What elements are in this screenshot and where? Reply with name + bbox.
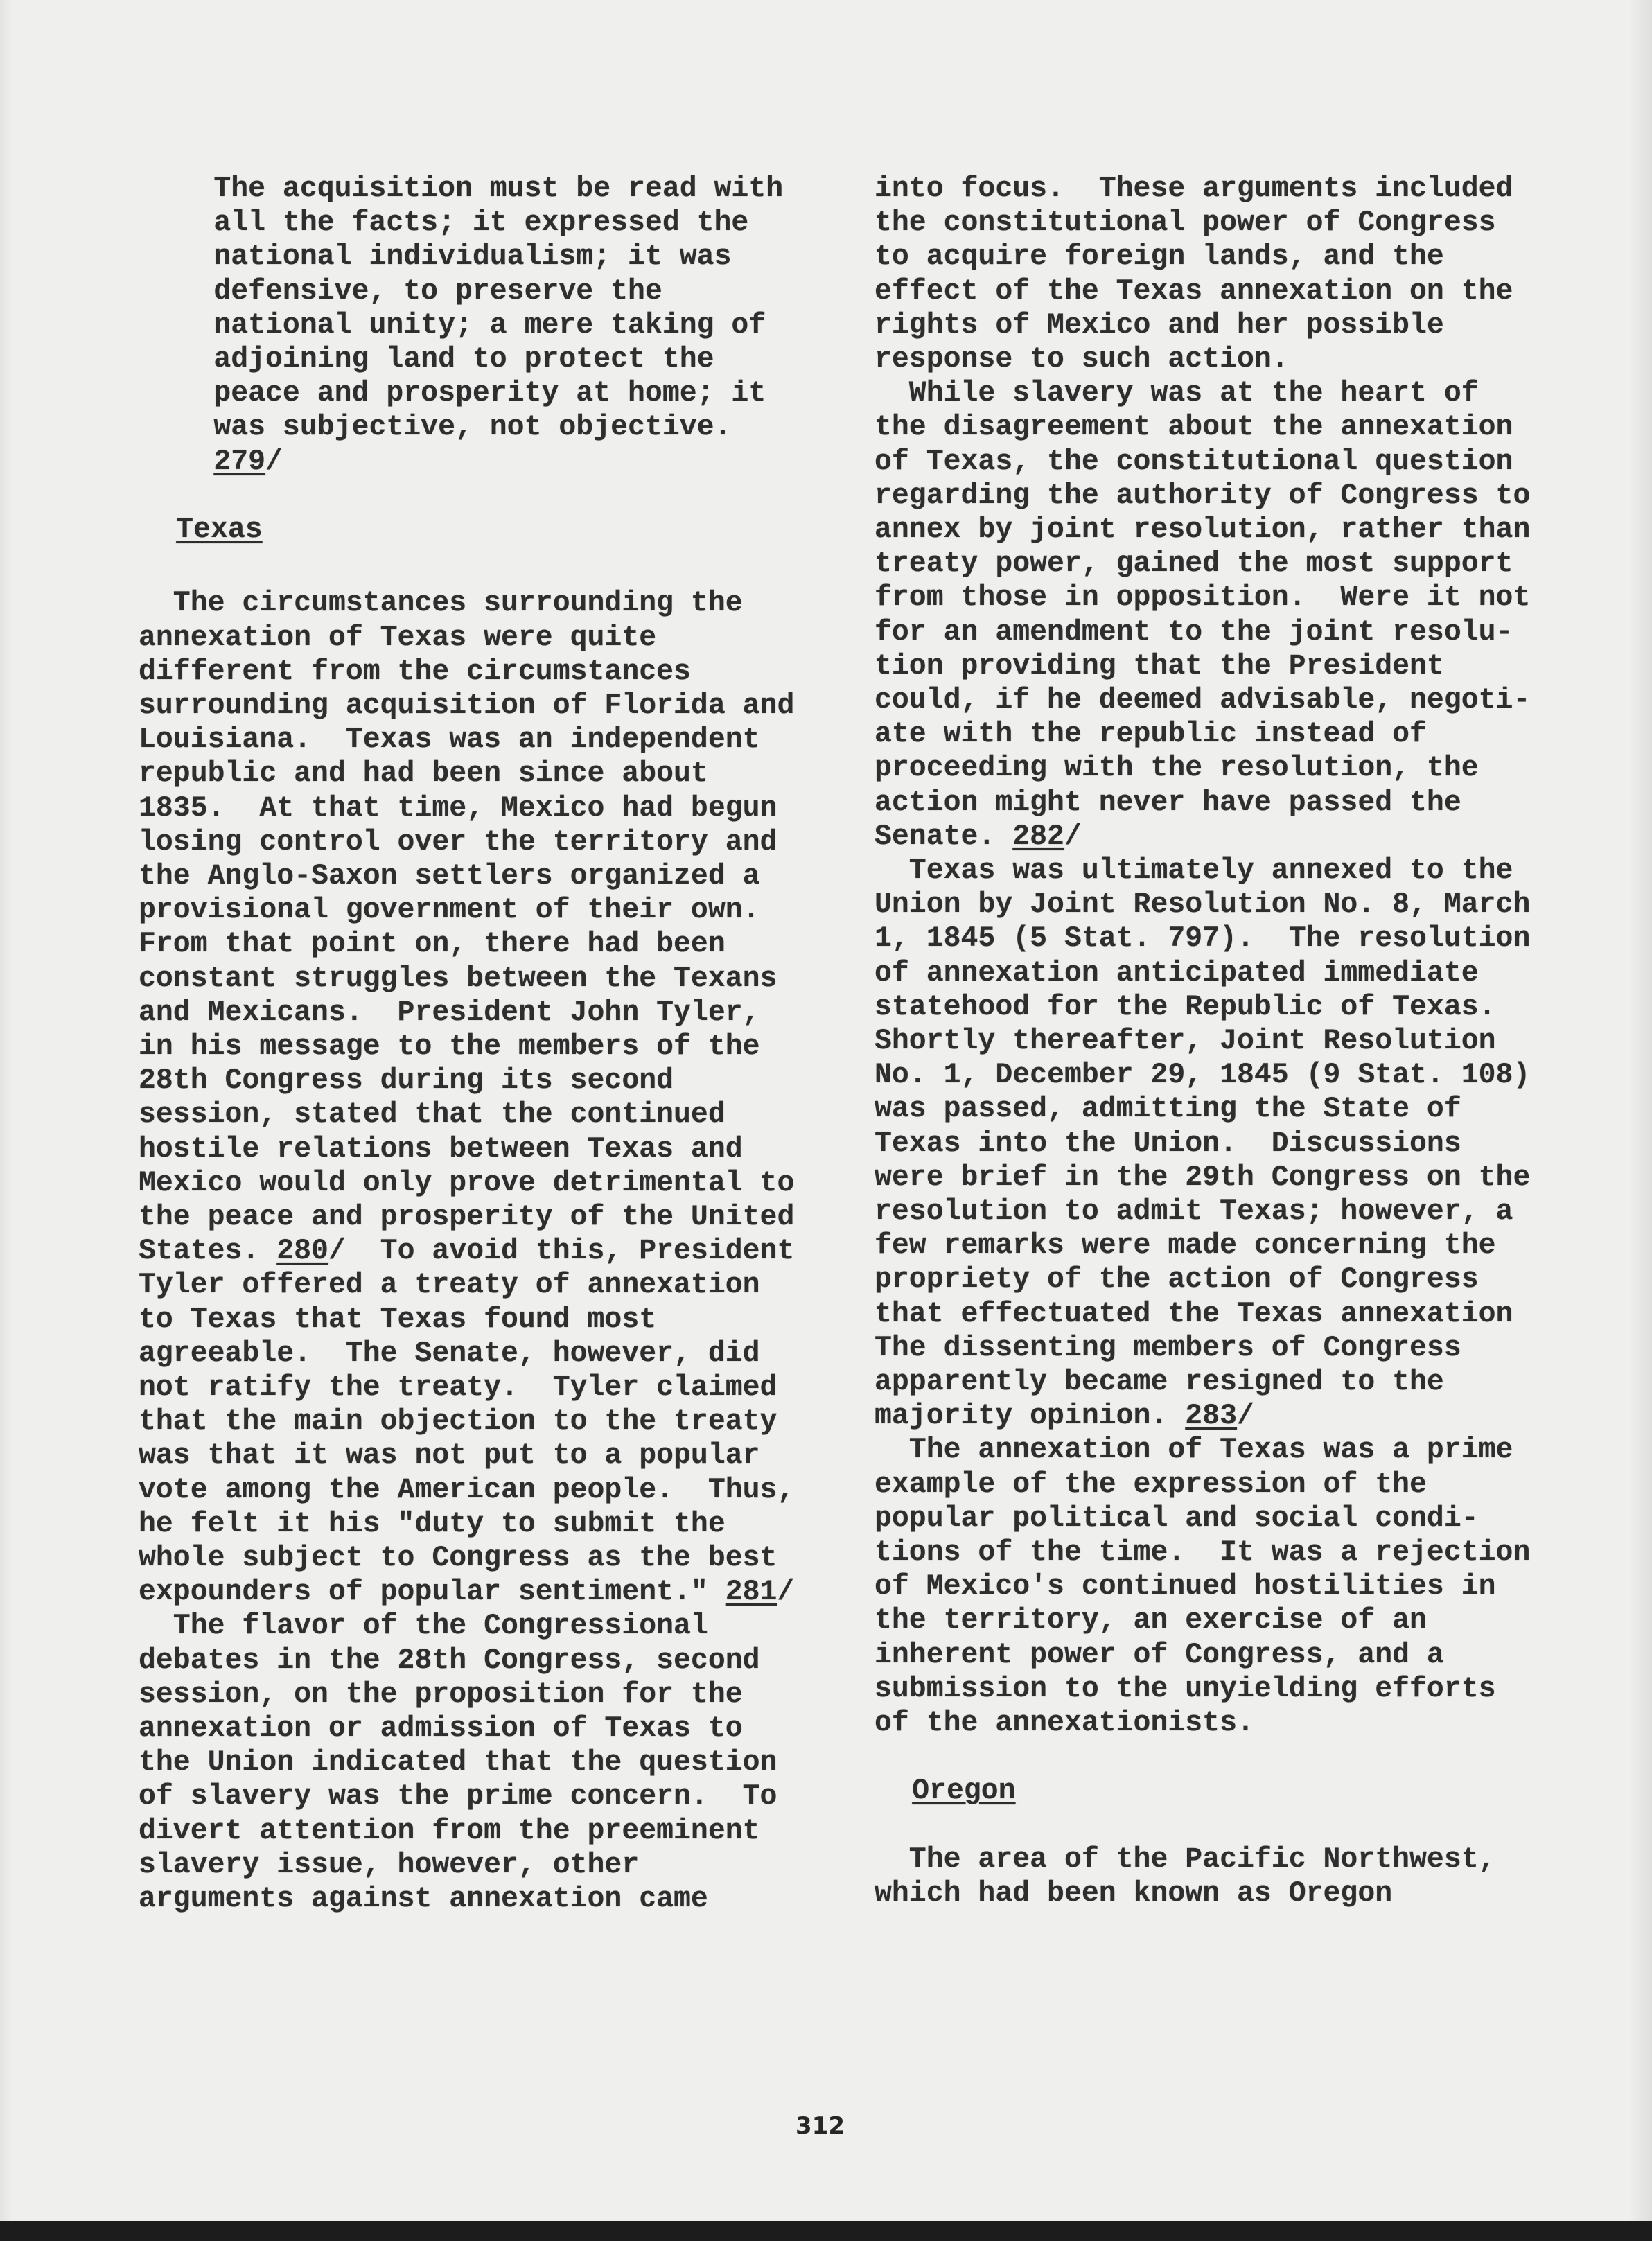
text-line: rights of Mexico and her possible bbox=[875, 308, 1444, 343]
text-line: session, on the proposition for the bbox=[139, 1678, 743, 1712]
line-text: Mexico would only prove detrimental to bbox=[139, 1167, 794, 1199]
line-text: losing control over the territory and bbox=[139, 826, 777, 859]
line-text-continued: To avoid this, President bbox=[346, 1235, 795, 1267]
footnote-reference[interactable]: 283/ bbox=[1185, 1400, 1254, 1432]
text-line: 279/ bbox=[213, 445, 283, 480]
line-text: action might never have passed the bbox=[875, 786, 1461, 819]
line-text: rights of Mexico and her possible bbox=[875, 309, 1444, 342]
line-text: proceeding with the resolution, the bbox=[875, 752, 1479, 784]
line-text: Tyler offered a treaty of annexation bbox=[139, 1269, 760, 1301]
line-text: apparently became resigned to the bbox=[875, 1366, 1444, 1398]
text-line: surrounding acquisition of Florida and bbox=[139, 689, 794, 723]
text-line: regarding the authority of Congress to bbox=[875, 479, 1530, 513]
text-line: for an amendment to the joint resolu- bbox=[875, 615, 1513, 650]
page-number: 312 bbox=[796, 2112, 845, 2140]
text-line: hostile relations between Texas and bbox=[139, 1132, 743, 1167]
line-text: the peace and prosperity of the United bbox=[139, 1201, 794, 1233]
text-line: response to such action. bbox=[875, 342, 1289, 377]
line-text: expounders of popular sentiment." bbox=[139, 1576, 726, 1608]
line-text: popular political and social condi- bbox=[875, 1502, 1479, 1535]
line-text: the Anglo-Saxon settlers organized a bbox=[139, 860, 760, 893]
text-line: were brief in the 29th Congress on the bbox=[875, 1161, 1530, 1195]
text-line: arguments against annexation came bbox=[139, 1882, 708, 1917]
line-text: was passed, admitting the State of bbox=[875, 1093, 1461, 1125]
text-line: Shortly thereafter, Joint Resolution bbox=[875, 1024, 1496, 1059]
line-text: was subjective, not objective. bbox=[213, 411, 731, 443]
line-text: he felt it his "duty to submit the bbox=[139, 1508, 726, 1540]
line-text: debates in the 28th Congress, second bbox=[139, 1644, 760, 1677]
line-text: was that it was not put to a popular bbox=[139, 1439, 760, 1472]
text-line: of Mexico's continued hostilities in bbox=[875, 1570, 1496, 1604]
text-line: constant struggles between the Texans bbox=[139, 962, 777, 996]
line-text: surrounding acquisition of Florida and bbox=[139, 689, 794, 722]
line-text: The annexation of Texas was a prime bbox=[875, 1434, 1513, 1466]
text-line: submission to the unyielding efforts bbox=[875, 1672, 1496, 1707]
text-line: Mexico would only prove detrimental to bbox=[139, 1166, 794, 1201]
line-text: effect of the Texas annexation on the bbox=[875, 275, 1513, 308]
text-line: from those in opposition. Were it not bbox=[875, 581, 1530, 615]
text-line: divert attention from the preeminent bbox=[139, 1814, 760, 1849]
line-text: of Texas, the constitutional question bbox=[875, 446, 1513, 478]
text-line: annexation of Texas were quite bbox=[139, 621, 656, 656]
line-text: From that point on, there had been bbox=[139, 928, 726, 960]
text-line: whole subject to Congress as the best bbox=[139, 1541, 777, 1576]
text-line: Senate. 282/ bbox=[875, 820, 1082, 854]
text-line: Tyler offered a treaty of annexation bbox=[139, 1268, 760, 1303]
text-line: The dissenting members of Congress bbox=[875, 1331, 1461, 1366]
text-line: example of the expression of the bbox=[875, 1468, 1427, 1502]
line-text: to Texas that Texas found most bbox=[139, 1303, 656, 1336]
line-text: few remarks were made concerning the bbox=[875, 1229, 1496, 1262]
text-line: The acquisition must be read with bbox=[213, 172, 783, 206]
line-text: of the annexationists. bbox=[875, 1707, 1254, 1739]
text-line: into focus. These arguments included bbox=[875, 172, 1513, 206]
line-text: from those in opposition. Were it not bbox=[875, 581, 1530, 614]
text-line: that effectuated the Texas annexation bbox=[875, 1297, 1513, 1332]
text-line: 28th Congress during its second bbox=[139, 1064, 674, 1098]
text-line: adjoining land to protect the bbox=[213, 342, 714, 377]
text-line: States. 280/ To avoid this, President bbox=[139, 1234, 794, 1269]
text-line: the constitutional power of Congress bbox=[875, 206, 1496, 240]
line-text: for an amendment to the joint resolu- bbox=[875, 616, 1513, 649]
line-text: No. 1, December 29, 1845 (9 Stat. 108) bbox=[875, 1059, 1530, 1091]
text-line: Texas was ultimately annexed to the bbox=[875, 854, 1513, 888]
line-text: national individualism; it was bbox=[213, 240, 731, 273]
line-text: in his message to the members of the bbox=[139, 1030, 760, 1063]
line-text: national unity; a mere taking of bbox=[213, 309, 766, 342]
section-heading-text: Texas bbox=[176, 513, 263, 546]
line-text: were brief in the 29th Congress on the bbox=[875, 1161, 1530, 1194]
text-line: national individualism; it was bbox=[213, 240, 731, 274]
line-text: 28th Congress during its second bbox=[139, 1064, 674, 1097]
scan-bottom-edge bbox=[0, 2221, 1652, 2241]
line-text: example of the expression of the bbox=[875, 1468, 1427, 1501]
line-text: The circumstances surrounding the bbox=[139, 587, 743, 619]
section-heading: Oregon bbox=[912, 1774, 1015, 1809]
line-text: States. bbox=[139, 1235, 276, 1267]
line-text: session, stated that the continued bbox=[139, 1098, 726, 1131]
line-text: of slavery was the prime concern. To bbox=[139, 1780, 777, 1813]
text-line: all the facts; it expressed the bbox=[213, 206, 748, 240]
line-text: Shortly thereafter, Joint Resolution bbox=[875, 1025, 1496, 1057]
line-text: statehood for the Republic of Texas. bbox=[875, 991, 1496, 1023]
line-text: agreeable. The Senate, however, did bbox=[139, 1337, 760, 1370]
text-line: Union by Joint Resolution No. 8, March bbox=[875, 888, 1530, 922]
line-text: 1, 1845 (5 Stat. 797). The resolution bbox=[875, 922, 1530, 955]
line-text: could, if he deemed advisable, negoti- bbox=[875, 684, 1530, 717]
text-line: of annexation anticipated immediate bbox=[875, 956, 1479, 991]
text-line: was that it was not put to a popular bbox=[139, 1439, 760, 1473]
text-line: statehood for the Republic of Texas. bbox=[875, 990, 1496, 1025]
line-text: 1835. At that time, Mexico had begun bbox=[139, 792, 777, 825]
text-line: 1835. At that time, Mexico had begun bbox=[139, 791, 777, 826]
text-line: Texas into the Union. Discussions bbox=[875, 1127, 1461, 1161]
line-text: and Mexicans. President John Tyler, bbox=[139, 996, 760, 1029]
text-line: which had been known as Oregon bbox=[875, 1877, 1392, 1911]
footnote-reference[interactable]: 280/ bbox=[276, 1235, 346, 1267]
text-line: slavery issue, however, other bbox=[139, 1848, 639, 1883]
text-line: 1, 1845 (5 Stat. 797). The resolution bbox=[875, 922, 1530, 956]
line-text: session, on the proposition for the bbox=[139, 1678, 743, 1711]
text-line: of slavery was the prime concern. To bbox=[139, 1779, 777, 1814]
line-text: republic and had been since about bbox=[139, 757, 708, 790]
line-text: arguments against annexation came bbox=[139, 1883, 708, 1915]
text-line: annex by joint resolution, rather than bbox=[875, 513, 1530, 547]
line-text: defensive, to preserve the bbox=[213, 275, 662, 308]
line-text: tion providing that the President bbox=[875, 650, 1444, 683]
line-text: provisional government of their own. bbox=[139, 894, 760, 926]
text-line: provisional government of their own. bbox=[139, 893, 760, 928]
text-line: agreeable. The Senate, however, did bbox=[139, 1337, 760, 1371]
text-line: different from the circumstances bbox=[139, 655, 691, 689]
text-line: national unity; a mere taking of bbox=[213, 308, 766, 343]
text-line: losing control over the territory and bbox=[139, 825, 777, 860]
line-text: propriety of the action of Congress bbox=[875, 1263, 1479, 1296]
text-line: tions of the time. It was a rejection bbox=[875, 1536, 1530, 1570]
text-line: to Texas that Texas found most bbox=[139, 1303, 656, 1337]
line-text: the disagreement about the annexation bbox=[875, 411, 1513, 443]
line-text: which had been known as Oregon bbox=[875, 1877, 1392, 1910]
line-text: submission to the unyielding efforts bbox=[875, 1673, 1496, 1705]
text-line: in his message to the members of the bbox=[139, 1030, 760, 1064]
text-line: effect of the Texas annexation on the bbox=[875, 274, 1513, 309]
line-text: The acquisition must be read with bbox=[213, 173, 783, 205]
line-text: majority opinion. bbox=[875, 1400, 1185, 1432]
section-heading-text: Oregon bbox=[912, 1775, 1015, 1807]
text-line: treaty power, gained the most support bbox=[875, 547, 1513, 581]
line-text: all the facts; it expressed the bbox=[213, 206, 748, 239]
text-line: expounders of popular sentiment." 281/ bbox=[139, 1575, 794, 1610]
text-line: The flavor of the Congressional bbox=[139, 1609, 708, 1644]
line-text: Texas into the Union. Discussions bbox=[875, 1127, 1461, 1160]
line-text: the Union indicated that the question bbox=[139, 1746, 777, 1779]
text-line: of the annexationists. bbox=[875, 1706, 1254, 1741]
line-text: not ratify the treaty. Tyler claimed bbox=[139, 1371, 777, 1404]
text-line: to acquire foreign lands, and the bbox=[875, 240, 1444, 274]
line-text: divert attention from the preeminent bbox=[139, 1815, 760, 1847]
line-text: The flavor of the Congressional bbox=[139, 1610, 708, 1642]
line-text: Louisiana. Texas was an independent bbox=[139, 723, 760, 756]
line-text: annexation of Texas were quite bbox=[139, 622, 656, 654]
document-page: The acquisition must be read withall the… bbox=[0, 0, 1652, 2221]
line-text: whole subject to Congress as the best bbox=[139, 1542, 777, 1574]
text-line: popular political and social condi- bbox=[875, 1502, 1479, 1536]
text-line: propriety of the action of Congress bbox=[875, 1263, 1479, 1297]
line-text: While slavery was at the heart of bbox=[875, 377, 1479, 410]
line-text: the territory, an exercise of an bbox=[875, 1604, 1427, 1637]
line-text: annex by joint resolution, rather than bbox=[875, 513, 1530, 546]
text-line: was passed, admitting the State of bbox=[875, 1092, 1461, 1127]
text-line: debates in the 28th Congress, second bbox=[139, 1644, 760, 1678]
line-text: The area of the Pacific Northwest, bbox=[875, 1843, 1496, 1876]
line-text: regarding the authority of Congress to bbox=[875, 480, 1530, 512]
line-text: different from the circumstances bbox=[139, 656, 691, 688]
text-line: majority opinion. 283/ bbox=[875, 1399, 1254, 1434]
text-line: few remarks were made concerning the bbox=[875, 1229, 1496, 1263]
line-text: of Mexico's continued hostilities in bbox=[875, 1570, 1496, 1603]
line-text: to acquire foreign lands, and the bbox=[875, 240, 1444, 273]
line-text: adjoining land to protect the bbox=[213, 343, 714, 376]
text-line: The circumstances surrounding the bbox=[139, 586, 743, 621]
line-text: hostile relations between Texas and bbox=[139, 1133, 743, 1166]
line-text: tions of the time. It was a rejection bbox=[875, 1536, 1530, 1569]
text-line: While slavery was at the heart of bbox=[875, 376, 1479, 411]
text-line: The area of the Pacific Northwest, bbox=[875, 1843, 1496, 1877]
text-line: defensive, to preserve the bbox=[213, 274, 662, 309]
line-text: Union by Joint Resolution No. 8, March bbox=[875, 888, 1530, 921]
text-line: The annexation of Texas was a prime bbox=[875, 1433, 1513, 1468]
text-line: action might never have passed the bbox=[875, 786, 1461, 820]
line-text: Senate. bbox=[875, 820, 1012, 853]
text-line: not ratify the treaty. Tyler claimed bbox=[139, 1371, 777, 1405]
text-line: annexation or admission of Texas to bbox=[139, 1712, 743, 1746]
line-text: ate with the republic instead of bbox=[875, 718, 1427, 750]
line-text: inherent power of Congress, and a bbox=[875, 1639, 1444, 1671]
line-text: vote among the American people. Thus, bbox=[139, 1474, 794, 1506]
text-line: From that point on, there had been bbox=[139, 927, 726, 962]
text-line: ate with the republic instead of bbox=[875, 717, 1427, 752]
line-text: resolution to admit Texas; however, a bbox=[875, 1195, 1513, 1228]
text-line: the Union indicated that the question bbox=[139, 1746, 777, 1780]
text-line: proceeding with the resolution, the bbox=[875, 751, 1479, 786]
line-text: slavery issue, however, other bbox=[139, 1849, 639, 1881]
text-line: vote among the American people. Thus, bbox=[139, 1473, 794, 1508]
text-line: the disagreement about the annexation bbox=[875, 410, 1513, 445]
text-line: was subjective, not objective. bbox=[213, 410, 731, 445]
line-text: response to such action. bbox=[875, 343, 1289, 376]
text-line: Louisiana. Texas was an independent bbox=[139, 723, 760, 757]
text-line: he felt it his "duty to submit the bbox=[139, 1507, 726, 1542]
text-line: of Texas, the constitutional question bbox=[875, 445, 1513, 480]
section-heading: Texas bbox=[176, 513, 263, 547]
text-line: session, stated that the continued bbox=[139, 1098, 726, 1132]
line-text: that effectuated the Texas annexation bbox=[875, 1298, 1513, 1330]
line-text: The dissenting members of Congress bbox=[875, 1332, 1461, 1364]
text-line: and Mexicans. President John Tyler, bbox=[139, 996, 760, 1030]
footnote-reference[interactable]: 282/ bbox=[1012, 820, 1082, 853]
text-line: inherent power of Congress, and a bbox=[875, 1638, 1444, 1673]
text-line: tion providing that the President bbox=[875, 649, 1444, 684]
line-text: peace and prosperity at home; it bbox=[213, 377, 766, 410]
line-text: of annexation anticipated immediate bbox=[875, 957, 1479, 990]
text-line: the Anglo-Saxon settlers organized a bbox=[139, 859, 760, 894]
text-line: that the main objection to the treaty bbox=[139, 1405, 777, 1439]
footnote-reference[interactable]: 281/ bbox=[726, 1576, 795, 1608]
line-text: into focus. These arguments included bbox=[875, 173, 1513, 205]
text-line: could, if he deemed advisable, negoti- bbox=[875, 683, 1530, 718]
footnote-reference[interactable]: 279/ bbox=[213, 446, 283, 478]
text-line: republic and had been since about bbox=[139, 757, 708, 791]
line-text: treaty power, gained the most support bbox=[875, 547, 1513, 580]
text-line: the peace and prosperity of the United bbox=[139, 1200, 794, 1235]
text-line: resolution to admit Texas; however, a bbox=[875, 1195, 1513, 1229]
line-text: the constitutional power of Congress bbox=[875, 206, 1496, 239]
line-text: constant struggles between the Texans bbox=[139, 963, 777, 995]
text-line: apparently became resigned to the bbox=[875, 1365, 1444, 1400]
text-line: the territory, an exercise of an bbox=[875, 1603, 1427, 1638]
text-line: peace and prosperity at home; it bbox=[213, 376, 766, 411]
line-text: annexation or admission of Texas to bbox=[139, 1712, 743, 1745]
text-line: No. 1, December 29, 1845 (9 Stat. 108) bbox=[875, 1058, 1530, 1093]
line-text: that the main objection to the treaty bbox=[139, 1405, 777, 1438]
line-text: Texas was ultimately annexed to the bbox=[875, 854, 1513, 887]
